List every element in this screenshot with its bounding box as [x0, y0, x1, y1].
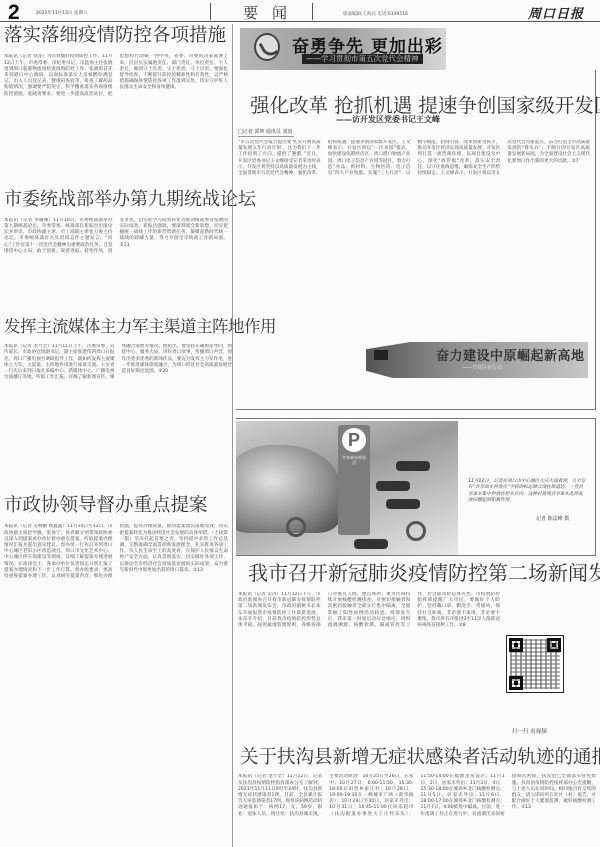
bike-seat — [396, 461, 430, 471]
qr-label: 扫一扫 看视频 — [512, 727, 547, 735]
byline-rule — [238, 136, 294, 137]
article-headline[interactable]: 我市召开新冠肺炎疫情防控第二场新闻发布会 — [248, 562, 596, 584]
article-body: 本报讯（记者 金月全）11月12日，记者从扶沟县疫情防控指挥部办公室了解到，20… — [238, 774, 596, 847]
party-banner-top: 奋勇争先 更加出彩 ——学习贯彻市第五次党代会精神 — [240, 28, 446, 70]
article-mainstream-media[interactable]: 发挥主流媒体主力军主渠道主阵地作用 本报讯（记者 金月全）11月11日上午，市委… — [4, 318, 232, 484]
article-body: 本报讯（记者 金月全）11月11日上午，市委常委、宣传部长、市政协党组副书记、副… — [4, 344, 232, 484]
newspaper-masthead: 周口日报 — [528, 3, 584, 22]
article-headline[interactable]: 发挥主流媒体主力军主渠道主阵地作用 — [4, 318, 232, 336]
section-title: 要闻 — [232, 2, 312, 23]
banner-bottom-subtitle: ——开发区在行动 — [462, 364, 502, 371]
article-cppcc-proposals[interactable]: 市政协领导督办重点提案 本报讯（记者 吴继鹏 杨鑫鑫）11月10日至12日，市政… — [4, 496, 228, 844]
article-headline[interactable]: 关于扶沟县新增无症状感染者活动轨迹的通报 — [240, 748, 596, 768]
feature-interview[interactable]: 强化改革 抢抓机遇 提速争创国家级开发区 ——访开发区党委书记王文峰 □记者 郭… — [236, 70, 596, 410]
parking-sign: P 共享单车停放点 — [338, 425, 370, 535]
parking-sign-text: 共享单车停放点 — [341, 455, 367, 465]
section-divider-left — [210, 3, 211, 20]
photo-news[interactable]: P 共享单车停放点 11月12日，记者在周口市中心城区大庆大道看到，几个写有“共… — [236, 418, 596, 556]
photo-caption: 11月12日，记者在周口市中心城区大庆大道看到，几个写有“共享单车停放点”字样的… — [468, 479, 586, 505]
party-flag-icon — [374, 350, 388, 360]
article-united-front-forum[interactable]: 市委统战部举办第九期统战论坛 本报讯（记者 李珊珊）11月10日，市委统战部举办… — [4, 190, 228, 316]
party-emblem-icon — [254, 33, 280, 61]
banner-bottom-title: 奋力建设中原崛起新高地 — [436, 345, 585, 364]
party-banner-bottom: 奋力建设中原崛起新高地 ——开发区在行动 — [366, 342, 588, 378]
banner-subtitle: ——学习贯彻市第五次党代会精神 — [302, 54, 423, 64]
bike-seat — [354, 539, 388, 549]
article-headline[interactable]: 市委统战部举办第九期统战论坛 — [4, 190, 228, 210]
qr-finder-icon — [509, 638, 523, 652]
bike-wheel — [286, 517, 306, 537]
article-headline[interactable]: 落实落细疫情防控各项措施 — [4, 26, 228, 46]
bike-seat — [386, 499, 420, 509]
article-body: 本报讯（记者 刘龙）为有效做好疫情防控工作，11月12日上午，市委常委、市纪委书… — [4, 54, 228, 182]
article-epidemic-measures[interactable]: 落实落细疫情防控各项措施 本报讯（记者 刘龙）为有效做好疫情防控工作，11月12… — [4, 26, 228, 182]
article-body: 本报讯（记者 李珊珊）11月10日，市委统战部举办第九期统战论坛，市委常委、统战… — [4, 218, 228, 316]
article-fugou-notice[interactable]: 关于扶沟县新增无症状感染者活动轨迹的通报 本报讯（记者 金月全）11月12日，记… — [238, 748, 596, 847]
bike-seat — [376, 481, 410, 491]
editor-info: 版面编辑:王海兵 电话:6199516 — [343, 11, 408, 17]
page-header: 2 2021年11月13日 星期六 要闻 版面编辑:王海兵 电话:6199516… — [0, 0, 600, 22]
qr-code[interactable] — [506, 635, 564, 693]
page-number: 2 — [8, 1, 20, 25]
column-divider — [232, 24, 233, 847]
article-body: 本报讯（记者 吴继鹏 杨鑫鑫）11月10日至12日，市政协副主席赵学敏、张体宁、… — [4, 524, 228, 844]
article-headline[interactable]: 市政协领导督办重点提案 — [4, 496, 228, 516]
parking-p-icon: P — [342, 428, 366, 452]
qr-finder-icon — [509, 676, 523, 690]
section-divider-right — [312, 3, 313, 20]
feature-subheadline: ——访开发区党委书记王文峰 — [336, 114, 440, 125]
bike-wheel — [406, 521, 426, 541]
bike-parking-photo[interactable]: P 共享单车停放点 — [236, 421, 458, 555]
qr-finder-icon — [547, 638, 561, 652]
issue-date: 2021年11月13日 星期六 — [36, 10, 87, 16]
feature-byline: □记者 郭坤 通讯员 刘叔 — [238, 128, 293, 135]
article-body: 本报讯（记者 吴涛）11月12日下午，市政府新闻办召开我市新冠肺炎疫情防控第二场… — [238, 592, 500, 760]
photo-credit: 记者 陈法峰 摄 — [536, 515, 569, 522]
